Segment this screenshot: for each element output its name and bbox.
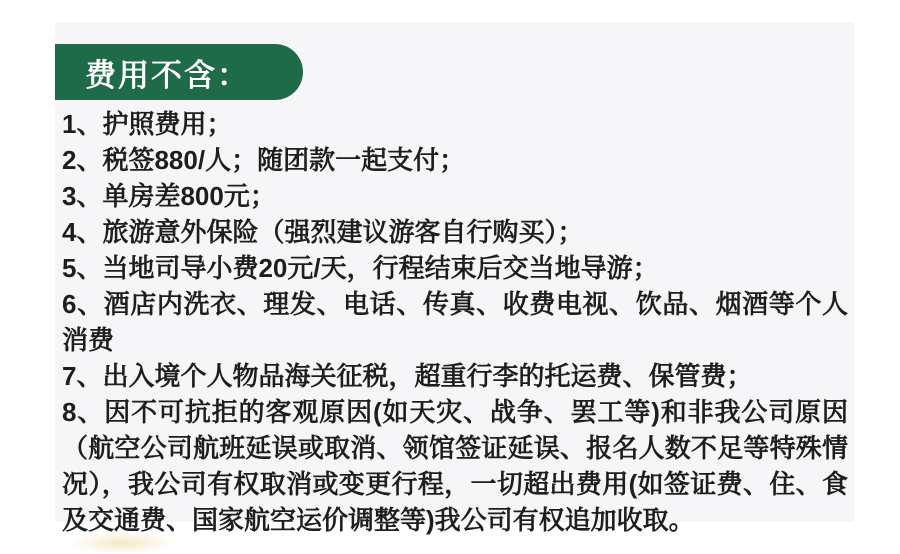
item-text: 出入境个人物品海关征税，超重行李的托运费、保管费； bbox=[102, 361, 752, 391]
item-number: 3、 bbox=[62, 181, 102, 211]
item-number: 6、 bbox=[62, 289, 104, 319]
list-item: 6、酒店内洗衣、理发、电话、传真、收费电视、饮品、烟酒等个人消费 bbox=[62, 286, 848, 358]
list-item: 4、旅游意外保险（强烈建议游客自行购买）； bbox=[62, 214, 848, 250]
content-card: 费用不含： 1、护照费用； 2、税签880/人；随团款一起支付； 3、单房差80… bbox=[55, 22, 855, 522]
item-text: 旅游意外保险（强烈建议游客自行购买）； bbox=[102, 217, 583, 247]
item-number: 8、 bbox=[62, 397, 104, 427]
item-number: 5、 bbox=[62, 253, 102, 283]
list-item: 1、护照费用； bbox=[62, 106, 848, 142]
item-text: 护照费用； bbox=[102, 109, 232, 139]
item-number: 1、 bbox=[62, 109, 102, 139]
item-text: 因不可抗拒的客观原因(如天灾、战争、罢工等)和非我公司原因（航空公司航班延误或取… bbox=[62, 397, 848, 535]
list-item: 2、税签880/人；随团款一起支付； bbox=[62, 142, 848, 178]
item-number: 2、 bbox=[62, 145, 102, 175]
item-number: 4、 bbox=[62, 217, 102, 247]
page: 费用不含： 1、护照费用； 2、税签880/人；随团款一起支付； 3、单房差80… bbox=[0, 0, 900, 554]
watermark-fragment bbox=[70, 532, 175, 554]
list-item: 7、出入境个人物品海关征税，超重行李的托运费、保管费； bbox=[62, 358, 848, 394]
item-text: 酒店内洗衣、理发、电话、传真、收费电视、饮品、烟酒等个人消费 bbox=[62, 289, 848, 355]
item-number: 7、 bbox=[62, 361, 102, 391]
section-title: 费用不含： bbox=[55, 50, 250, 95]
item-text: 税签880/人；随团款一起支付； bbox=[102, 145, 465, 175]
section-header-badge: 费用不含： bbox=[55, 44, 303, 100]
fee-exclusion-list: 1、护照费用； 2、税签880/人；随团款一起支付； 3、单房差800元； 4、… bbox=[62, 106, 848, 538]
item-text: 单房差800元； bbox=[102, 181, 275, 211]
list-item: 8、因不可抗拒的客观原因(如天灾、战争、罢工等)和非我公司原因（航空公司航班延误… bbox=[62, 394, 848, 538]
list-item: 5、当地司导小费20元/天，行程结束后交当地导游； bbox=[62, 250, 848, 286]
item-text: 当地司导小费20元/天，行程结束后交当地导游； bbox=[102, 253, 658, 283]
list-item: 3、单房差800元； bbox=[62, 178, 848, 214]
